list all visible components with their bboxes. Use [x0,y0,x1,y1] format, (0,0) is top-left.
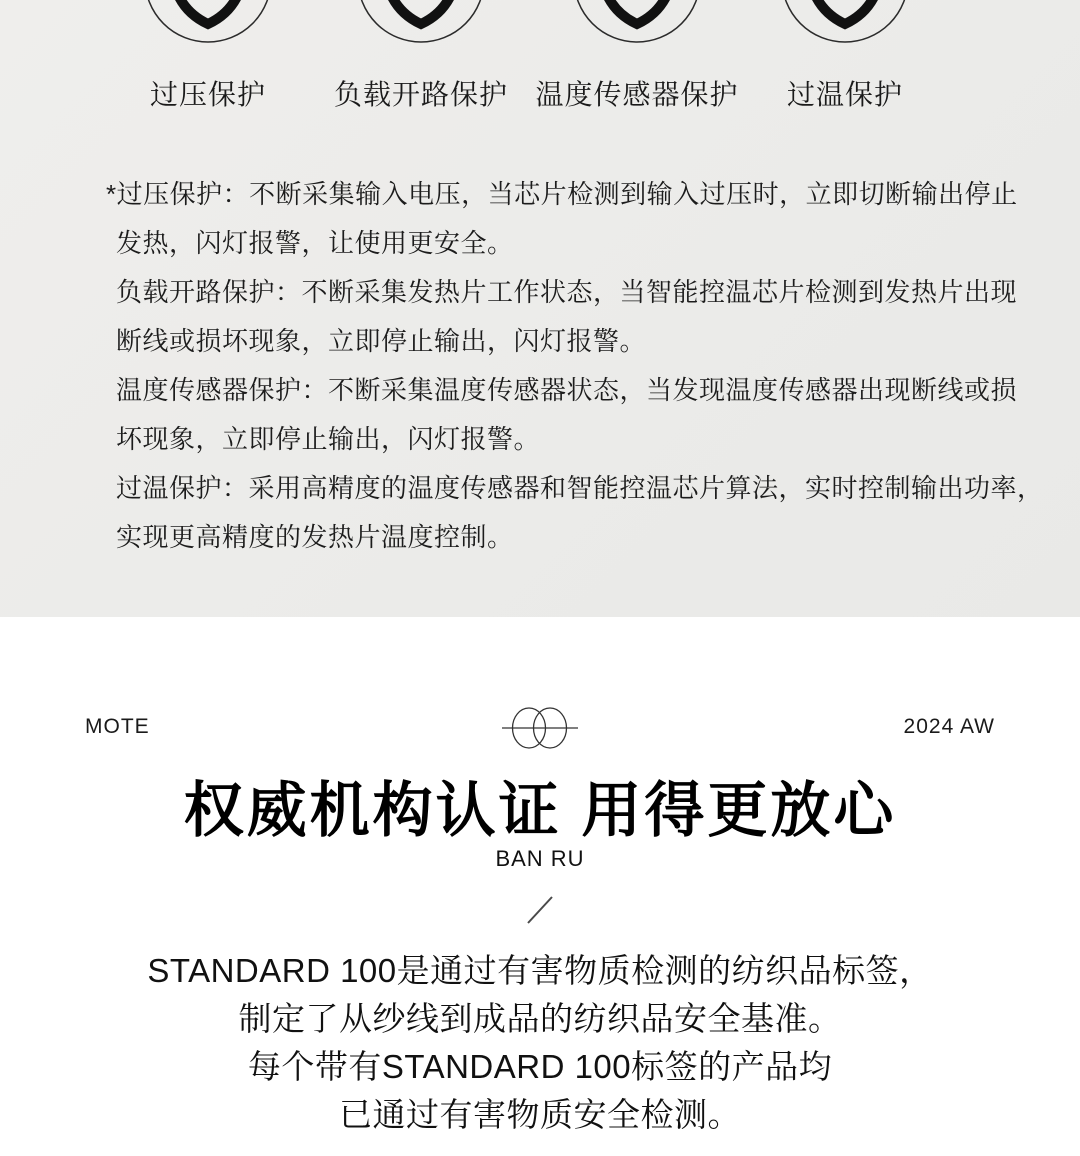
description-line: 坏现象，立即停止输出，闪灯报警。 [116,415,996,464]
description-line: 发热，闪灯报警，让使用更安全。 [116,219,996,268]
description-line: 实现更高精度的发热片温度控制。 [116,513,996,562]
cert-description-line: STANDARD 100是通过有害物质检测的纺织品标签， [0,947,1080,995]
season-label: 2024 AW [904,715,995,739]
product-detail-page: 过压保护 负载开路保护 温度传感器保护 过温保护 *过压保护：不断采集输 [0,0,1080,1156]
protection-item-temp-sensor: 温度传感器保护 [522,0,752,113]
cert-description-line: 制定了从纱线到成品的纺织品安全基准。 [0,995,1080,1043]
shield-circle-icon [133,0,283,46]
section-subtitle: BAN RU [0,846,1080,872]
protection-label: 过温保护 [730,73,960,113]
shield-circle-icon [770,0,920,46]
protection-label: 负载开路保护 [306,73,536,113]
protection-label: 温度传感器保护 [522,73,752,113]
section-certification: MOTE 2024 AW 权威机构认证 用得更放心 BAN RU STANDAR… [0,617,1080,1156]
shield-circle-icon [346,0,496,46]
protection-description: *过压保护：不断采集输入电压，当芯片检测到输入过压时，立即切断输出停止 发热，闪… [116,170,996,562]
description-line: 负载开路保护：不断采集发热片工作状态，当智能控温芯片检测到发热片出现 [116,268,996,317]
description-line: 温度传感器保护：不断采集温度传感器状态，当发现温度传感器出现断线或损 [116,366,996,415]
brand-label: MOTE [85,715,150,739]
cert-description-line: 每个带有STANDARD 100标签的产品均 [0,1043,1080,1091]
protection-item-overvoltage: 过压保护 [93,0,323,113]
shield-circle-icon [562,0,712,46]
section-title: 权威机构认证 用得更放心 [0,763,1080,849]
description-line: *过压保护：不断采集输入电压，当芯片检测到输入过压时，立即切断输出停止 [116,170,996,219]
protection-item-overtemp: 过温保护 [730,0,960,113]
divider-venn-icon [500,706,580,750]
protection-label: 过压保护 [93,73,323,113]
section-protection-features: 过压保护 负载开路保护 温度传感器保护 过温保护 *过压保护：不断采集输 [0,0,1080,617]
description-line: 过温保护：采用高精度的温度传感器和智能控温芯片算法，实时控制输出功率， [116,464,996,513]
slash-divider-icon [525,893,555,927]
description-line: 断线或损坏现象，立即停止输出，闪灯报警。 [116,317,996,366]
cert-description-line: 已通过有害物质安全检测。 [0,1091,1080,1139]
protection-item-load-open: 负载开路保护 [306,0,536,113]
cert-description: STANDARD 100是通过有害物质检测的纺织品标签， 制定了从纱线到成品的纺… [0,947,1080,1139]
